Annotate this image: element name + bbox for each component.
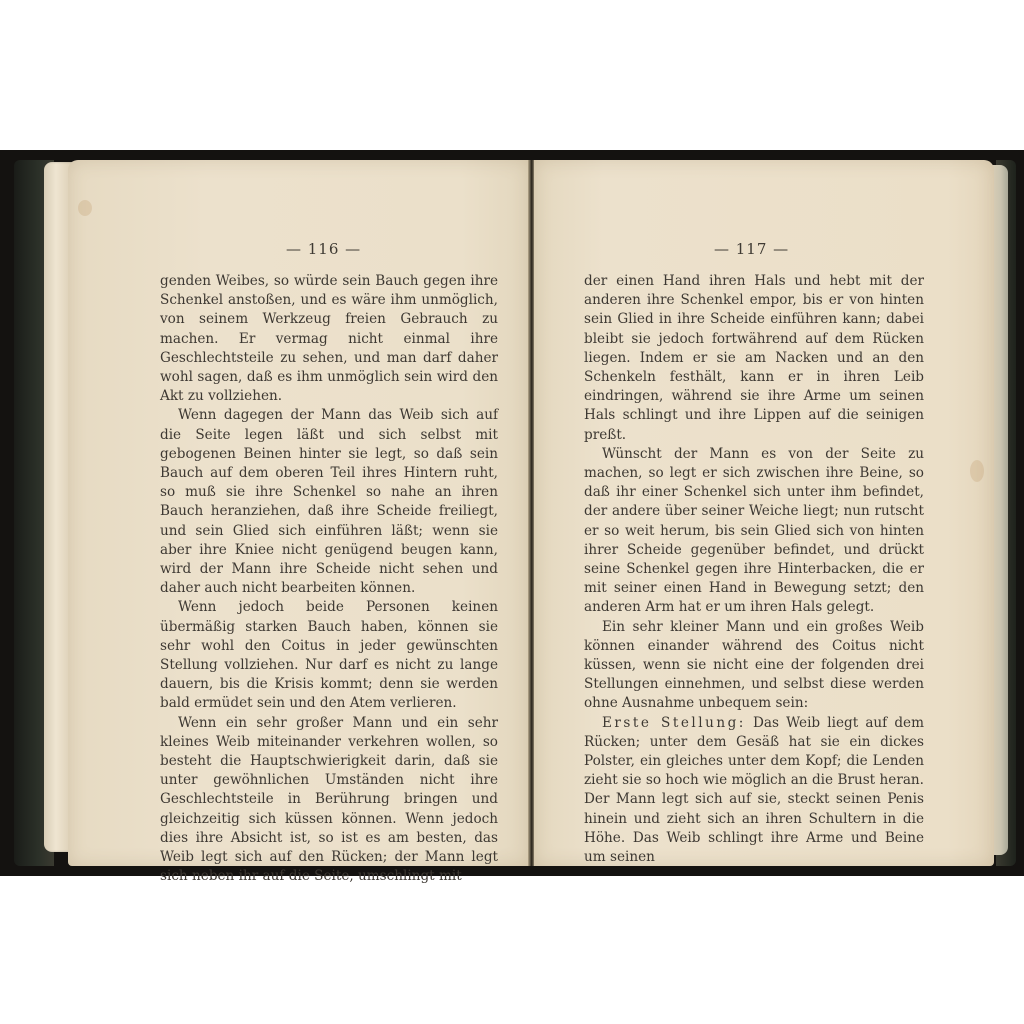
left-page-body: genden Weibes, so würde sein Bauch gegen… — [160, 272, 498, 887]
page-number-right: — 117 — — [714, 240, 789, 258]
paragraph: Ein sehr kleiner Mann und ein großes Wei… — [584, 618, 924, 714]
paper-stain — [78, 200, 92, 216]
paragraph: der einen Hand ihren Hals und hebt mit d… — [584, 272, 924, 445]
paragraph: Wünscht der Mann es von der Seite zu mac… — [584, 445, 924, 618]
paragraph: genden Weibes, so würde sein Bauch gegen… — [160, 272, 498, 406]
paper-stain — [970, 460, 984, 482]
paragraph: Wenn dagegen der Mann das Weib sich auf … — [160, 406, 498, 598]
paragraph: Wenn ein sehr großer Mann und ein sehr k… — [160, 714, 498, 887]
left-page: — 116 — genden Weibes, so würde sein Bau… — [68, 160, 530, 866]
paragraph: Wenn jedoch beide Personen keinen übermä… — [160, 598, 498, 713]
right-page-body: der einen Hand ihren Hals und hebt mit d… — [584, 272, 924, 867]
right-page: — 117 — der einen Hand ihren Hals und he… — [534, 160, 994, 866]
section-heading: Erste Stellung: — [602, 715, 746, 731]
section-text: Das Weib liegt auf dem Rücken; unter dem… — [584, 715, 924, 865]
page-number-left: — 116 — — [286, 240, 361, 258]
section-paragraph: Erste Stellung: Das Weib liegt auf dem R… — [584, 714, 924, 868]
